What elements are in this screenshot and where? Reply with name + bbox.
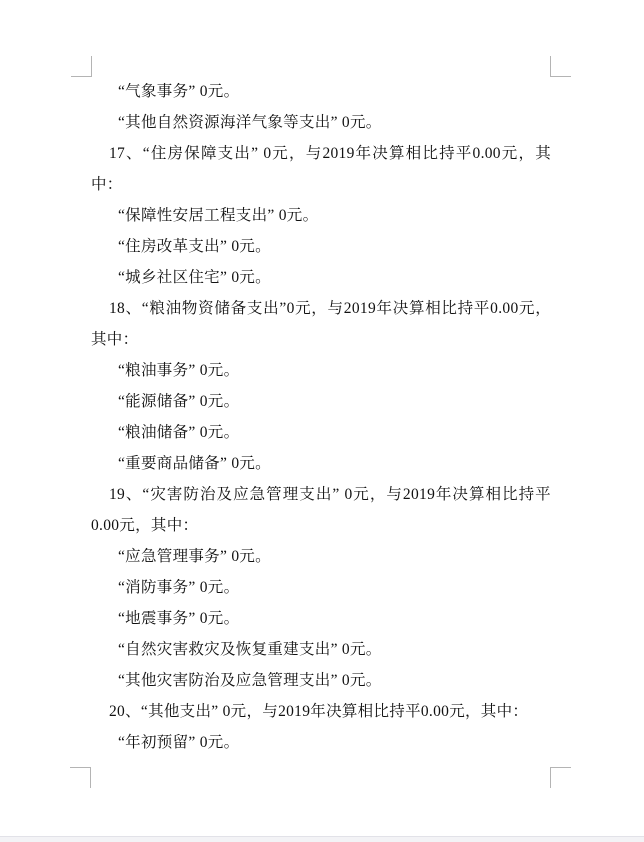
text-line: “应急管理事务” 0元。 bbox=[91, 541, 551, 572]
text-line: “自然灾害救灾及恢复重建支出” 0元。 bbox=[91, 634, 551, 665]
text-line: “粮油事务” 0元。 bbox=[91, 355, 551, 386]
text-line: 17、“住房保障支出” 0元，与2019年决算相比持平0.00元，其 bbox=[91, 138, 551, 169]
text-line: “重要商品储备” 0元。 bbox=[91, 448, 551, 479]
text-line: 19、“灾害防治及应急管理支出” 0元，与2019年决算相比持平 bbox=[91, 479, 551, 510]
document-body[interactable]: “气象事务” 0元。“其他自然资源海洋气象等支出” 0元。17、“住房保障支出”… bbox=[91, 76, 551, 758]
text-line: “保障性安居工程支出” 0元。 bbox=[91, 200, 551, 231]
text-line: “年初预留” 0元。 bbox=[91, 727, 551, 758]
text-line: “消防事务” 0元。 bbox=[91, 572, 551, 603]
text-line: “粮油储备” 0元。 bbox=[91, 417, 551, 448]
margin-crop-mark-bottom-right bbox=[550, 767, 571, 788]
text-line: 0.00元，其中： bbox=[91, 510, 551, 541]
window-bottom-edge bbox=[0, 836, 644, 842]
margin-crop-mark-top-left bbox=[71, 56, 92, 77]
text-line: 其中： bbox=[91, 324, 551, 355]
text-line: “气象事务” 0元。 bbox=[91, 76, 551, 107]
text-line: “能源储备” 0元。 bbox=[91, 386, 551, 417]
text-line: “城乡社区住宅” 0元。 bbox=[91, 262, 551, 293]
margin-crop-mark-bottom-left bbox=[70, 767, 91, 788]
text-line: “其他灾害防治及应急管理支出” 0元。 bbox=[91, 665, 551, 696]
text-line: 20、“其他支出” 0元，与2019年决算相比持平0.00元，其中： bbox=[91, 696, 551, 727]
text-line: “其他自然资源海洋气象等支出” 0元。 bbox=[91, 107, 551, 138]
text-line: 中： bbox=[91, 169, 551, 200]
document-page: “气象事务” 0元。“其他自然资源海洋气象等支出” 0元。17、“住房保障支出”… bbox=[0, 0, 644, 842]
text-line: “地震事务” 0元。 bbox=[91, 603, 551, 634]
text-line: 18、“粮油物资储备支出”0元，与2019年决算相比持平0.00元， bbox=[91, 293, 551, 324]
margin-crop-mark-top-right bbox=[550, 56, 571, 77]
text-line: “住房改革支出” 0元。 bbox=[91, 231, 551, 262]
